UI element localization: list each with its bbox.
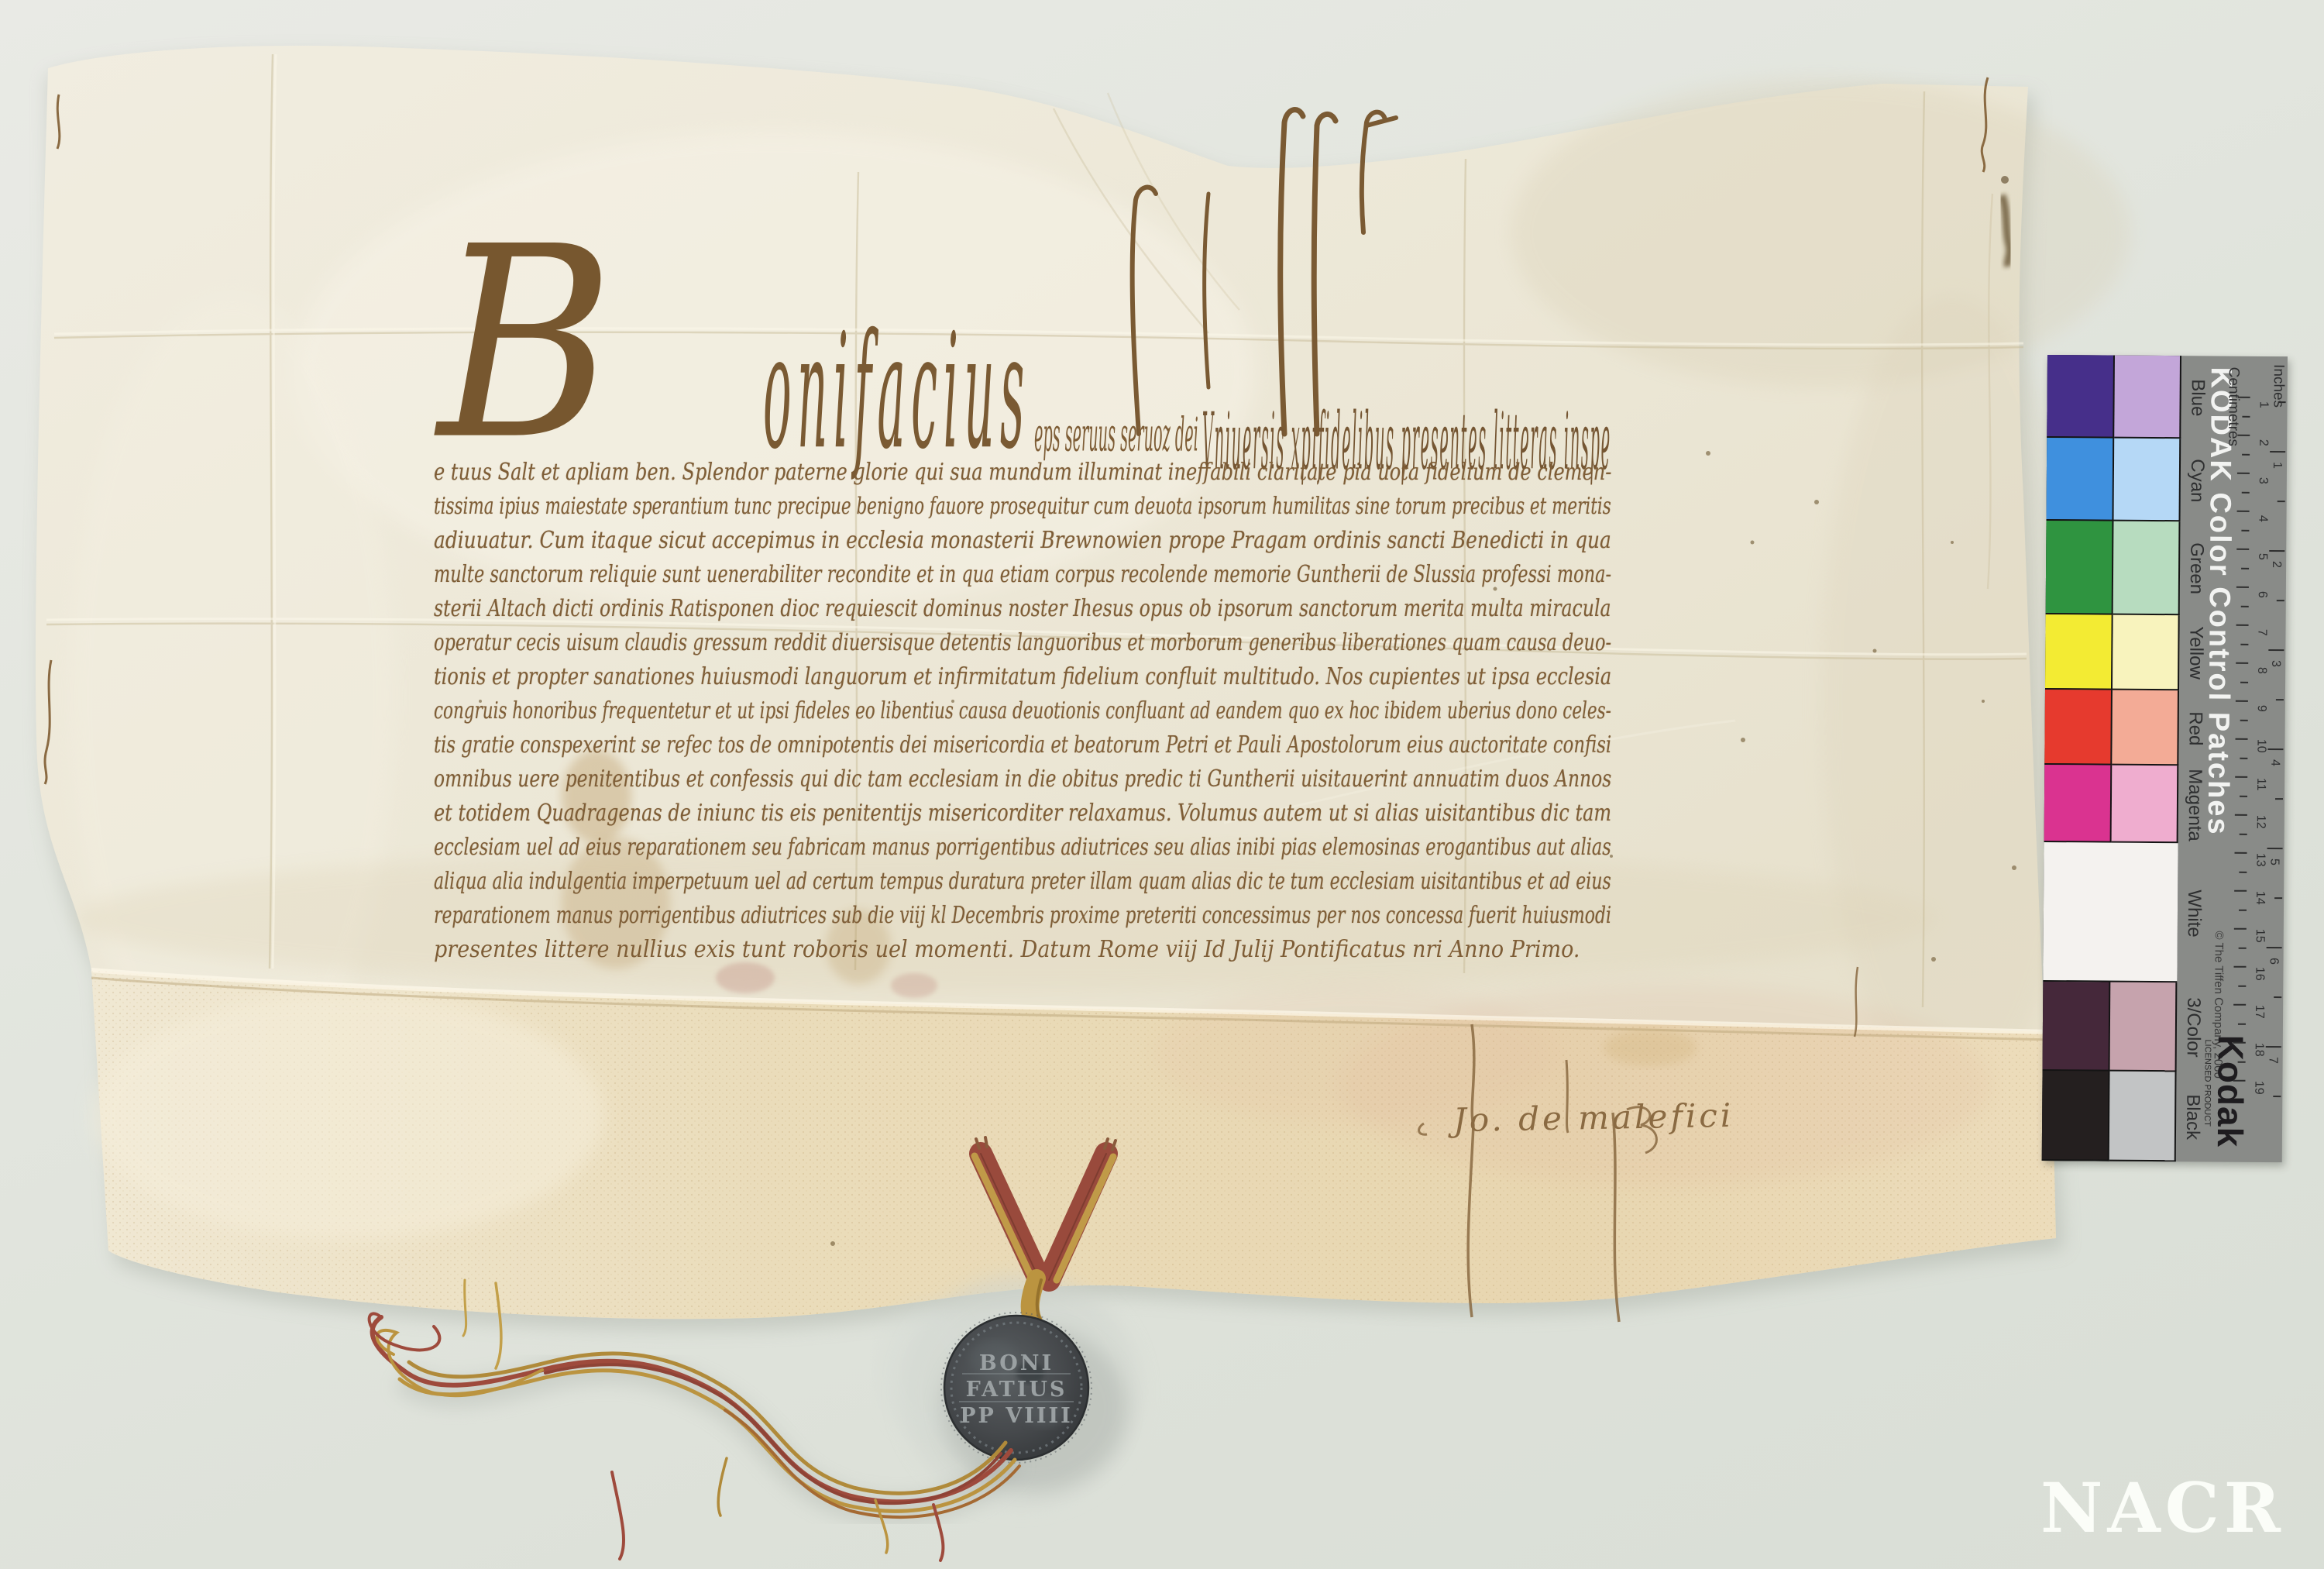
ruler-tick [2275,798,2283,800]
patch-white [2043,842,2178,982]
cm-number: 2 [2256,439,2270,446]
ruler-tick [2242,491,2250,493]
patch-row [2045,614,2180,690]
patch-red-light [2112,690,2179,766]
seal-line-3: PP VIIII [960,1404,1072,1428]
patch-red-dark [2044,690,2112,766]
cm-number: 4 [2256,514,2270,521]
ruler-tick [2233,1080,2245,1082]
ruler-tick [2239,947,2247,948]
cm-number: 18 [2252,1043,2266,1057]
patch-yellow-light [2112,615,2179,691]
ruler-tick [2274,996,2281,998]
ruler-tick [2238,397,2250,398]
ruler-tick [2237,473,2250,474]
charter-text-line: tionis et propter sanationes huiusmodi l… [434,662,1483,692]
patch-magenta-dark [2044,765,2112,843]
patch-label-blue: Blue [2186,379,2208,416]
patch-label-yellow: Yellow [2185,626,2206,680]
patch-magenta-light [2111,766,2178,844]
cm-number: 10 [2254,739,2267,753]
seal-line-2: FATIUS [966,1378,1067,1402]
inch-number: 2 [2269,561,2283,568]
ruler-tick [2237,435,2250,436]
ruler-tick [2235,776,2247,778]
ruler-tick [2239,871,2247,872]
cm-number: 9 [2254,704,2268,711]
charter-papal-title: eps seruus seruoz dei [1034,408,1113,463]
cm-number: 3 [2256,477,2270,483]
ruler-tick [2269,550,2284,552]
ruler-tick [2242,415,2250,417]
archival-photo: { "charter": { "opening": { "initial": "… [0,0,2324,1569]
seal-line-1: BONI [979,1351,1054,1375]
charter-text-line: reparationem manus porrigentibus adiutri… [434,901,1388,931]
ruler-tick [2267,947,2282,948]
patch-label-3/color: 3/Color [2182,997,2205,1058]
ruler-tick [2236,549,2249,550]
charter-text-line: tissima ipius maiestate sperantium tunc … [434,492,1370,521]
patch-row [2043,842,2178,982]
charter-text-line: multe sanctorum reliquie sunt uenerabili… [434,560,1413,590]
patch-row [2042,1071,2177,1161]
patch-3/color-light [2109,982,2177,1072]
ruler-tick [2234,890,2247,892]
ruler-tick [2239,909,2247,910]
ruler-tick [2266,1046,2281,1048]
patch-label-cyan: Cyan [2186,459,2208,502]
ruler-tick [2278,401,2286,403]
cm-number: 13 [2253,853,2267,867]
ruler-tick [2240,719,2248,721]
charter-text-line: sterii Altach dicti ordinis Ratisponen d… [434,594,1463,624]
patch-yellow-dark [2045,614,2113,690]
ruler-tick [2267,748,2283,750]
inch-number: 4 [2267,759,2281,766]
charter-text-line: tis gratie conspexerint se refec tos de … [434,731,1426,760]
ruler-tick [2276,699,2284,700]
patch-cyan-dark [2047,438,2114,521]
patch-row [2044,765,2179,843]
ruler-tick [2235,814,2247,816]
inch-number: 1 [2270,462,2284,469]
charter-text-line: omnibus uere penitentibus et confessis q… [434,765,1453,794]
ruler-tick [2274,897,2282,899]
ruler-tick [2233,1004,2246,1006]
patch-green-light [2113,521,2180,616]
archive-watermark: NACR [2040,1467,2285,1548]
ruler-tick [2240,757,2247,759]
charter-text-line: congruis honoribus frequentetur et ut ip… [434,697,1370,726]
ruler-tick [2236,587,2249,588]
ruler-tick [2238,1061,2246,1062]
ruler-tick [2242,453,2250,455]
ruler-tick [2241,567,2249,569]
ruler-tick [2233,966,2246,968]
charter-text-line: e tuus Salt et apliam ben. Splendor pate… [434,458,1483,487]
cm-number: 7 [2254,628,2268,635]
ruler-tick [2234,928,2247,930]
charter-text-line: ecclesiam uel ad eius reparationem seu f… [434,833,1411,862]
charter-text-line: aliqua alia indulgentia imperpetuum uel … [434,867,1392,896]
charter-text-line: et totidem Quadragenas de iniunc tis eis… [434,799,1480,828]
kodak-color-control-card: KODAK Color Control Patches © The Tiffen… [2042,355,2288,1162]
inch-number: 3 [2268,660,2282,667]
charter-text-line: operatur cecis uisum claudis gressum red… [434,628,1411,658]
ruler-tick [2236,625,2249,626]
ruler-tick [2240,681,2248,683]
ruler-tick [2278,501,2285,502]
patch-label-white: White [2183,889,2205,938]
ruler-tick [2241,529,2249,531]
patch-green-dark [2046,521,2113,615]
inch-number: 7 [2266,1056,2280,1063]
inch-number: 5 [2267,858,2281,865]
patch-row [2047,355,2181,439]
patch-row [2044,690,2179,766]
patch-black-dark [2042,1071,2109,1161]
ruler-tick [2268,649,2284,651]
ruler-tick [2237,511,2250,512]
chancery-signature: Jo. de malefici [1453,1096,1734,1139]
patch-label-green: Green [2185,542,2207,594]
kodak-logo: Kodak [2209,1034,2252,1148]
ruler-tick [2236,738,2248,740]
ruler-tick [2277,600,2284,601]
ruler-tick [2235,852,2247,854]
cm-number: 16 [2252,967,2266,981]
cm-number: 8 [2254,666,2268,673]
ruler-tick [2238,985,2246,986]
cm-number: 12 [2254,815,2267,829]
cm-number: 6 [2255,590,2269,597]
ruler-tick [2238,1023,2246,1024]
patch-label-red: Red [2184,711,2205,745]
cm-number: 15 [2253,929,2267,943]
kodak-patch-grid [2042,355,2181,1161]
charter-initial-letter: B [438,200,763,490]
kodak-licensed-product: LICENSED PRODUCT [2202,1039,2212,1127]
cm-number: 17 [2252,1005,2266,1019]
charter-text-line: adiuuatur. Cum itaque sicut accepimus in… [434,526,1518,556]
ruler-tick [2240,643,2248,645]
cm-number: 1 [2257,401,2271,408]
charter-dating-clause: presentes littere nullius exis tunt robo… [434,935,1859,965]
ruler-tick [2236,700,2248,702]
patch-row [2046,521,2181,615]
ruler-tick [2273,1096,2281,1097]
patch-row [2047,438,2181,521]
patch-label-magenta: Magenta [2184,769,2206,841]
patch-blue-light [2114,356,2181,439]
patch-3/color-dark [2043,982,2110,1072]
cm-number: 14 [2253,891,2267,905]
patch-black-light [2109,1072,2176,1162]
ruler-tick [2233,1042,2246,1044]
patch-label-black: Black [2181,1094,2203,1140]
ruler-tick [2236,662,2248,664]
ruler-tick [2241,605,2249,607]
ruler-tick [2267,848,2283,849]
ruler-tick [2240,833,2247,834]
patch-blue-dark [2047,355,2114,439]
patch-cyan-light [2113,439,2181,522]
cm-number: 11 [2254,777,2267,790]
cm-number: 5 [2255,552,2269,559]
cm-number: 19 [2251,1081,2265,1095]
ruler-tick [2270,451,2285,452]
ruler-tick [2240,795,2247,797]
patch-row [2043,982,2178,1072]
inch-number: 6 [2267,957,2281,964]
